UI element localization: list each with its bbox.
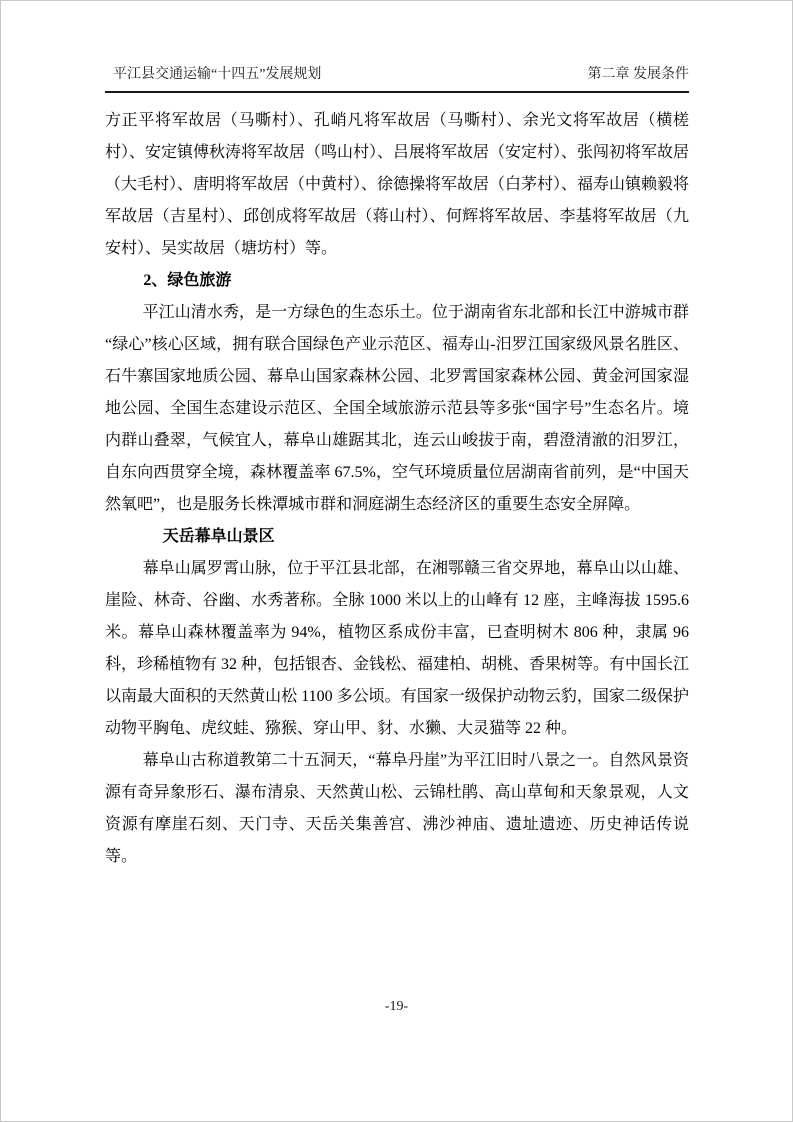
section-heading-tianyue-mufu: 天岳幕阜山景区 bbox=[105, 521, 689, 553]
page-footer: -19- bbox=[1, 999, 792, 1015]
header-doc-title: 平江县交通运输“十四五”发展规划 bbox=[113, 67, 321, 83]
paragraph-general-residences: 方正平将军故居（马嘶村）、孔峭凡将军故居（马嘶村）、余光文将军故居（横槎村）、安… bbox=[105, 105, 689, 265]
paragraph-mufu-taoism: 幕阜山古称道教第二十五洞天，“幕阜丹崖”为平江旧时八景之一。自然风景资源有奇异象… bbox=[105, 745, 689, 873]
page-number: -19- bbox=[385, 999, 408, 1014]
document-page: 平江县交通运输“十四五”发展规划 第二章 发展条件 方正平将军故居（马嘶村）、孔… bbox=[0, 0, 793, 1122]
paragraph-mufu-mountain: 幕阜山属罗霄山脉，位于平江县北部，在湘鄂赣三省交界地，幕阜山以山雄、崖险、林奇、… bbox=[105, 553, 689, 745]
document-body: 方正平将军故居（马嘶村）、孔峭凡将军故居（马嘶村）、余光文将军故居（横槎村）、安… bbox=[105, 105, 689, 873]
paragraph-green-tourism: 平江山清水秀，是一方绿色的生态乐土。位于湖南省东北部和长江中游城市群“绿心”核心… bbox=[105, 297, 689, 521]
header-chapter-title: 第二章 发展条件 bbox=[588, 67, 690, 83]
section-heading-green-tourism: 2、绿色旅游 bbox=[105, 265, 689, 297]
page-header: 平江县交通运输“十四五”发展规划 第二章 发展条件 bbox=[105, 67, 689, 93]
